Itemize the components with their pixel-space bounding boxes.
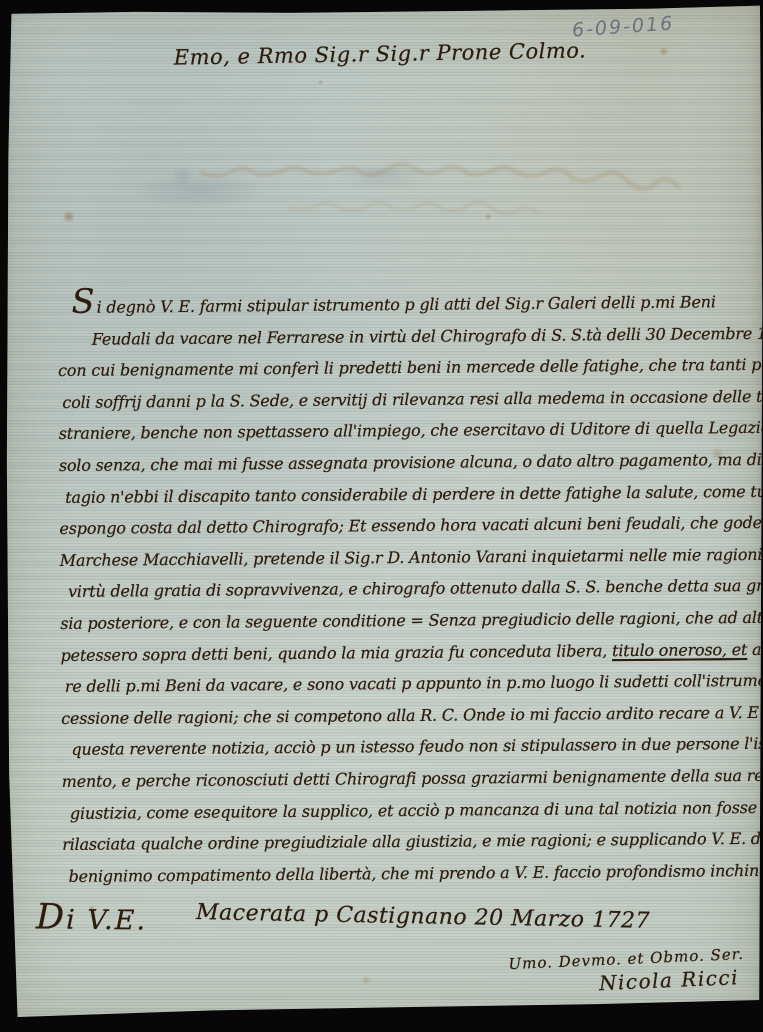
signature-block: Umo. Devmo. et Obmo. Ser. Nicola Ricci bbox=[509, 945, 746, 999]
letter-page: Emo, e Rmo Sig.r Sig.r Prone Colmo. 6-09… bbox=[0, 0, 763, 1032]
manuscript-line: mento, e perche riconosciuti detti Chiro… bbox=[62, 760, 746, 798]
letter-body: Si degnò V. E. farmi stipular istrumento… bbox=[57, 280, 746, 892]
ink-showthrough bbox=[110, 150, 700, 230]
closing-row: Di V.E. Macerata p Castignano 20 Marzo 1… bbox=[36, 894, 736, 951]
scanner-bed: { "document": { "archival_number": "6-09… bbox=[0, 0, 763, 1032]
manuscript-line: benignimo compatimento della libertà, ch… bbox=[68, 855, 746, 893]
archival-number: 6-09-016 bbox=[571, 12, 675, 41]
closing-place-date: Macerata p Castignano 20 Marzo 1727 bbox=[196, 900, 650, 934]
closing-from: Di V.E. bbox=[36, 896, 147, 938]
manuscript-line: sia posteriore, e con la seguente condit… bbox=[60, 602, 744, 640]
salutation-line: Emo, e Rmo Sig.r Sig.r Prone Colmo. bbox=[120, 37, 640, 70]
manuscript-line: Si degnò V. E. farmi stipular istrumento… bbox=[71, 280, 741, 323]
